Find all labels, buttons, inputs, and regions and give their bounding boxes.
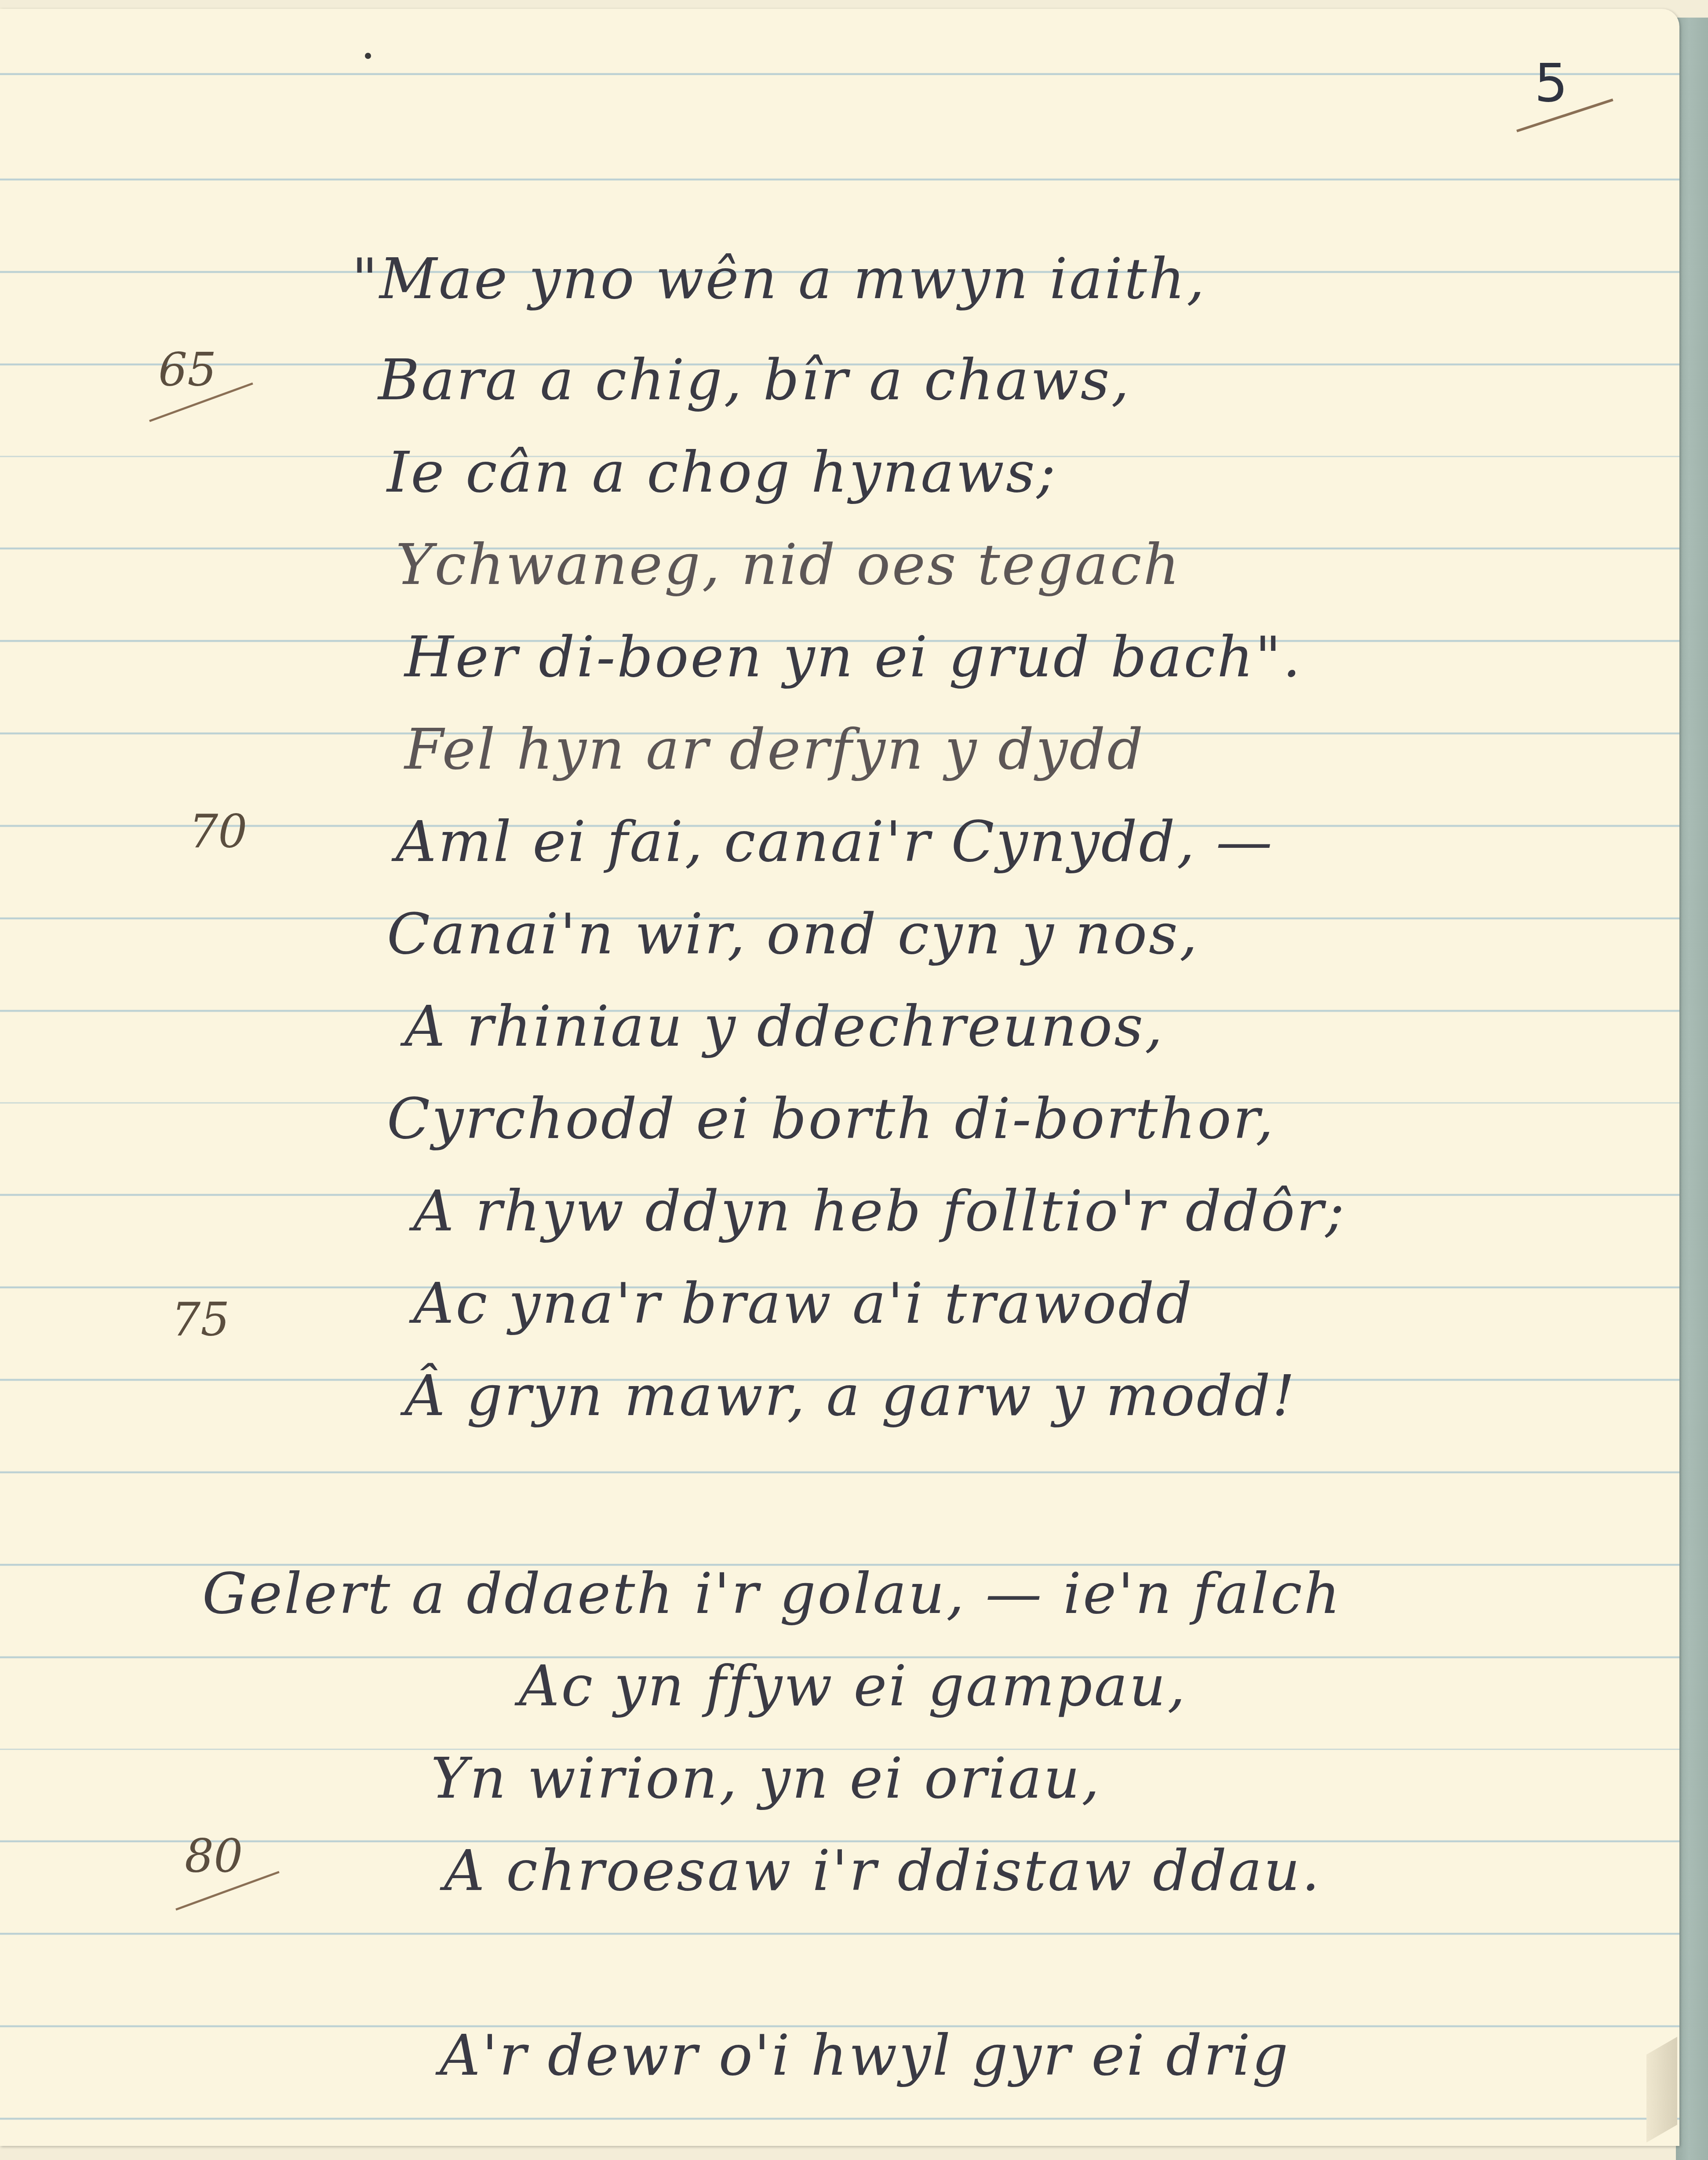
poem-line-15: Ac yn ffyw ei gampau,: [519, 1653, 1187, 1719]
poem-line-7: Aml ei fai, canai'r Cynydd, —: [396, 809, 1274, 875]
page-corner-fold: [1646, 2037, 1677, 2142]
poem-line-10: Cyrchodd ei borth di-borthor,: [387, 1086, 1275, 1152]
notebook-cover-edge: [1676, 18, 1708, 2160]
poem-line-14: Gelert a ddaeth i'r golau, — ie'n falch: [202, 1561, 1342, 1627]
margin-line-number-75: 75: [171, 1293, 229, 1346]
poem-line-13: Â gryn mawr, a garw y modd!: [404, 1363, 1296, 1429]
poem-line-9: A rhiniau y ddechreunos,: [404, 994, 1165, 1059]
poem-line-6: Fel hyn ar derfyn y dydd: [404, 717, 1145, 782]
poem-line-3: Ie cân a chog hynaws;: [387, 440, 1057, 505]
poem-line-8: Canai'n wir, ond cyn y nos,: [387, 901, 1199, 967]
poem-line-1: "Mae yno wên a mwyn iaith,: [352, 246, 1206, 312]
poem-line-11: A rhyw ddyn heb folltio'r ddôr;: [413, 1179, 1346, 1244]
ink-speck: [365, 53, 371, 59]
poem-line-17: A chroesaw i'r ddistaw ddau.: [444, 1838, 1321, 1904]
poem-line-16: Yn wirion, yn ei oriau,: [431, 1746, 1101, 1811]
poem-line-5: Her di-boen yn ei grud bach".: [404, 624, 1302, 690]
poem-line-2: Bara a chig, bîr a chaws,: [378, 347, 1131, 413]
poem-line-18: A'r dewr o'i hwyl gyr ei drig: [440, 2023, 1290, 2088]
page-number: 5: [1534, 53, 1568, 114]
notebook-page: [0, 9, 1679, 2146]
margin-line-number-65: 65: [158, 343, 216, 397]
margin-line-number-80: 80: [185, 1829, 243, 1883]
poem-line-4: Ychwaneg, nid oes tegach: [396, 532, 1181, 598]
poem-line-12: Ac yna'r braw a'i trawodd: [413, 1271, 1194, 1336]
margin-line-number-70: 70: [189, 805, 247, 858]
